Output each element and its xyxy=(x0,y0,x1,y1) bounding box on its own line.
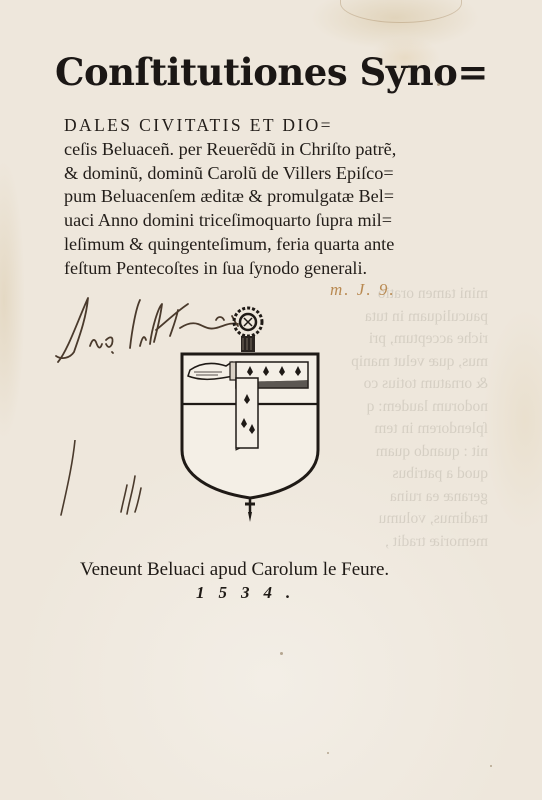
coat-of-arms-woodcut xyxy=(170,300,330,530)
body-line: & dominũ, dominũ Carolũ de Villers Epiſc… xyxy=(64,162,464,186)
body-line: uaci Anno domini triceſimoquarto ſupra m… xyxy=(64,209,464,233)
crozier-icon xyxy=(234,308,262,352)
body-line: DALES CIVITATIS ET DIO= xyxy=(64,114,464,138)
page-title: Conſtitutiones Syno= xyxy=(55,48,455,96)
publication-year: 1534. xyxy=(196,583,304,603)
body-line: pum Beluacenſem æditæ & promulgatæ Bel= xyxy=(64,185,464,209)
handwritten-annotation-right: m. J. 9. xyxy=(330,280,396,300)
show-through-line: memoriæ tradit , xyxy=(238,531,488,554)
paper-speck xyxy=(490,765,492,767)
paper-speck xyxy=(327,752,329,754)
body-line: feſtum Pentecoſtes in ſua ſynodo general… xyxy=(64,257,464,281)
title-body-text: DALES CIVITATIS ET DIO= ceſis Beluaceñ. … xyxy=(64,114,464,281)
paper-speck xyxy=(437,83,440,86)
shield-point-icon xyxy=(245,498,255,522)
imprint-line: Veneunt Beluaci apud Carolum le Feure. xyxy=(80,558,440,582)
paper-speck xyxy=(280,652,283,655)
body-line: ceſis Beluaceñ. per Reuerẽdũ in Chriſto … xyxy=(64,138,464,162)
handwritten-tally-marks xyxy=(55,440,165,530)
body-line: leſimum & quingenteſimum, feria quarta a… xyxy=(64,233,464,257)
